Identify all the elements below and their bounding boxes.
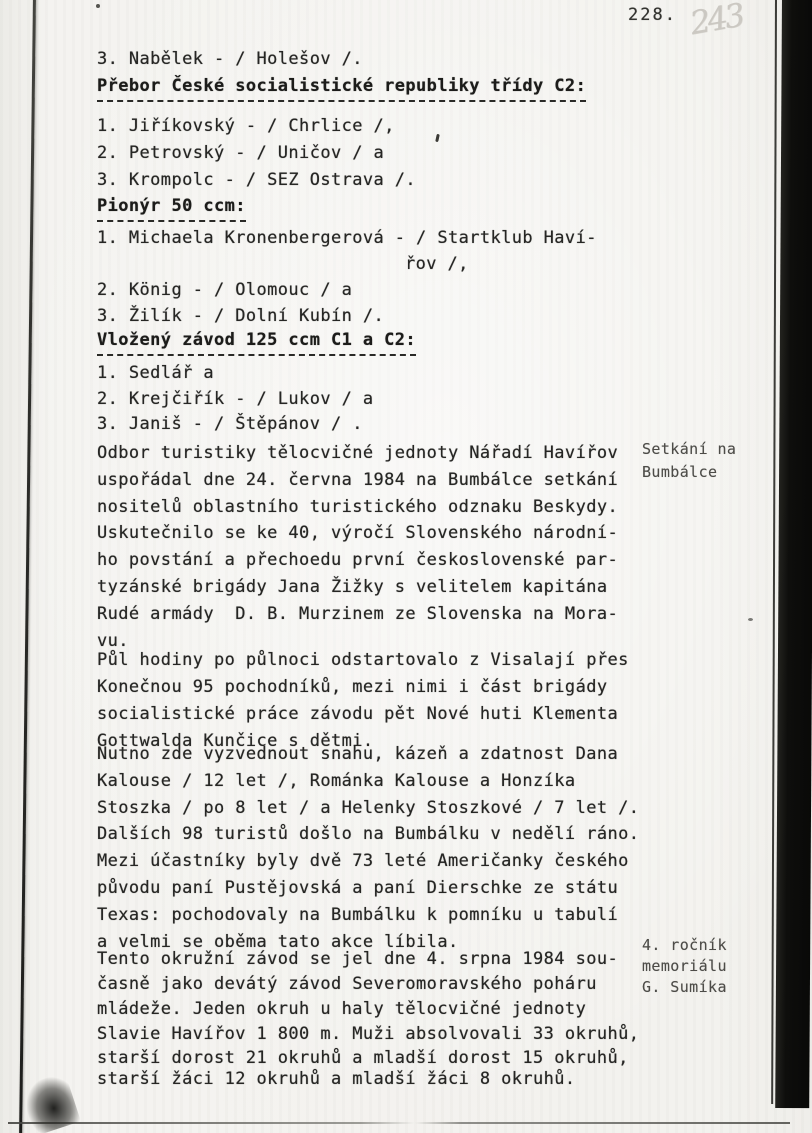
heading-underlined-text: Přebor České socialistické republiky tří…: [97, 75, 586, 102]
body-text-line: Tento okružní závod se jel dne 4. srpna …: [97, 948, 618, 970]
heading-underlined-text: Vložený závod 125 ccm C1 a C2:: [97, 329, 416, 356]
result-line: 1. Sedlář a: [97, 362, 214, 384]
body-text-line: Texas: pochodovaly na Bumbálku k pomníku…: [97, 904, 618, 926]
margin-note-memorial: G. Sumíka: [642, 976, 727, 998]
result-line: 2. König - / Olomouc / a: [97, 279, 352, 301]
margin-note-memorial: memoriálu: [642, 955, 727, 977]
ink-speck: [748, 618, 753, 621]
heading-underlined-text: Pionýr 50 ccm:: [97, 195, 246, 222]
margin-note-setkani: Bumbálce: [642, 461, 717, 483]
margin-note-setkani: Setkání na: [642, 438, 736, 460]
result-line: 3. Janiš - / Štěpánov / .: [97, 413, 363, 435]
body-text-line: ho povstání a přechoedu první českoslove…: [97, 549, 618, 571]
scan-black-band: [775, 0, 812, 1108]
section-heading-prebor-c2: Přebor České socialistické republiky tří…: [97, 75, 586, 102]
section-heading-pionyr-50ccm: Pionýr 50 ccm:: [97, 195, 246, 222]
body-text-line: Půl hodiny po půlnoci odstartovalo z Vis…: [97, 649, 629, 671]
section-heading-vlozeny-zavod: Vložený závod 125 ccm C1 a C2:: [97, 329, 416, 356]
body-text-line: tyzánské brigády Jana Žižky s velitelem …: [97, 576, 607, 598]
body-text-line: Dalších 98 turistů došlo na Bumbálku v n…: [97, 823, 639, 845]
result-line: 3. Žilík - / Dolní Kubín /.: [97, 305, 384, 327]
body-text-line: časně jako devátý závod Severomoravského…: [97, 973, 597, 995]
body-text-line: nositelů oblastního turistického odznaku…: [97, 496, 618, 518]
body-text-line: uspořádal dne 24. června 1984 na Bumbálc…: [97, 469, 618, 491]
bottom-scan-line: [8, 1122, 790, 1124]
body-text-line: Mezi účastníky byly dvě 73 leté Američan…: [97, 850, 629, 872]
result-line: 3. Krompolc - / SEZ Ostrava /.: [97, 169, 416, 191]
body-text-line: Konečnou 95 pochodníků, mezi nimi i část…: [97, 676, 607, 698]
result-line-continuation: řov /,: [405, 253, 469, 275]
result-line: 1. Michaela Kronenbergerová - / Startklu…: [97, 227, 597, 249]
body-text-line: starší dorost 21 okruhů a mladší dorost …: [97, 1047, 629, 1069]
scanned-document-page: 228. 243 3. Nabělek - / Holešov /. Přebo…: [0, 0, 812, 1133]
ink-speck: [435, 134, 440, 142]
handwritten-page-number: 243: [687, 0, 745, 42]
page-number: 228.: [628, 5, 677, 25]
ink-speck: [96, 4, 100, 8]
body-text-line: Rudé armády D. B. Murzinem ze Slovenska …: [97, 603, 618, 625]
body-text-line: starší žáci 12 okruhů a mladší žáci 8 ok…: [97, 1068, 576, 1090]
body-text-line: Slavie Havířov 1 800 m. Muži absolvovali…: [97, 1023, 639, 1045]
body-text-line: Nutno zde vyzvednout snahu, kázeň a zdat…: [97, 743, 618, 765]
result-line: 2. Krejčiřík - / Lukov / a: [97, 388, 374, 410]
page-fold-line: [19, 0, 36, 1133]
body-text-line: Kalouse / 12 let /, Románka Kalouse a Ho…: [97, 770, 576, 792]
result-line: 1. Jiříkovský - / Chrlice /,: [97, 115, 395, 137]
body-text-line: Uskutečnilo se ke 40, výročí Slovenského…: [97, 522, 618, 544]
body-text-line: mládeže. Jeden okruh u haly tělocvičné j…: [97, 998, 586, 1020]
body-text-line: Odbor turistiky tělocvičné jednoty Nářad…: [97, 442, 618, 464]
body-text-line: socialistické práce závodu pět Nové huti…: [97, 703, 618, 725]
result-line: 2. Petrovský - / Uničov / a: [97, 142, 384, 164]
margin-note-memorial: 4. ročník: [642, 934, 727, 956]
body-text-line: původu paní Pustějovská a paní Dierschke…: [97, 877, 618, 899]
result-line-carryover: 3. Nabělek - / Holešov /.: [97, 48, 363, 70]
body-text-line: Stoszka / po 8 let / a Helenky Stoszkové…: [97, 797, 639, 819]
